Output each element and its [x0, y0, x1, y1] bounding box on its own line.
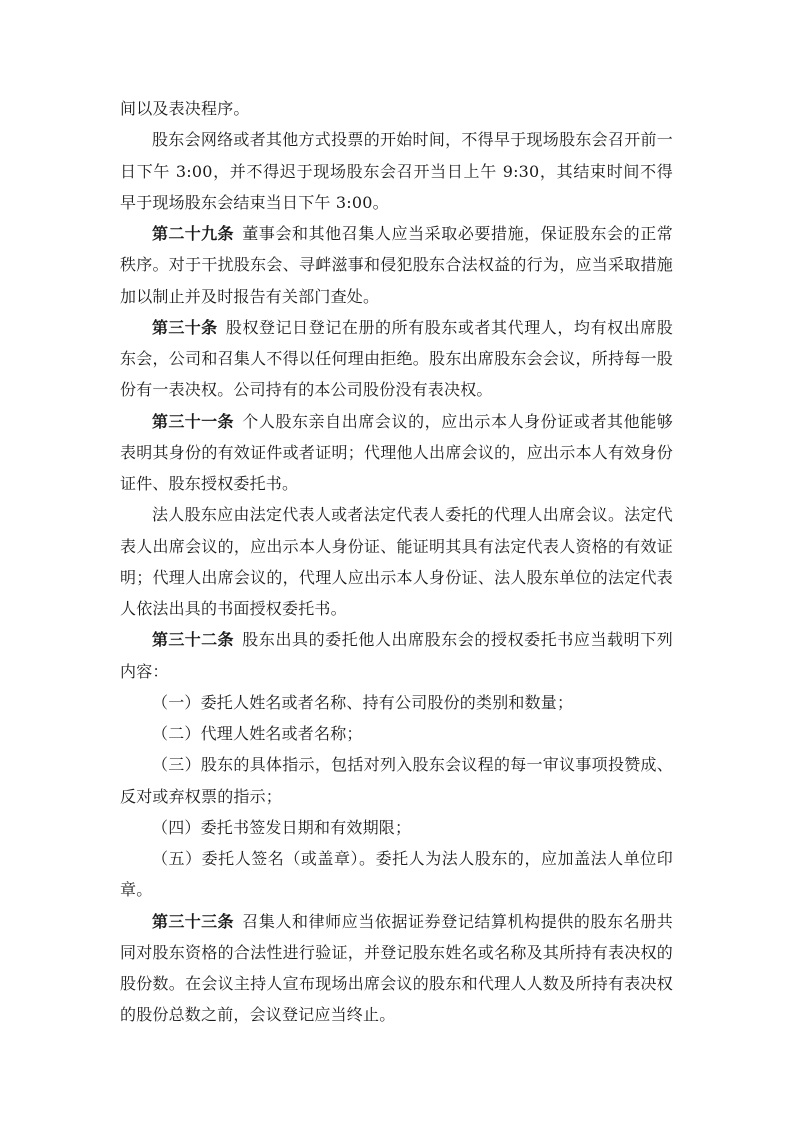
article-number: 第三十二条 — [152, 630, 234, 649]
article-number: 第三十条 — [152, 318, 218, 337]
list-item-2: （二）代理人姓名或者名称； — [120, 718, 673, 749]
article-29: 第二十九条董事会和其他召集人应当采取必要措施，保证股东会的正常秩序。对于干扰股东… — [120, 218, 673, 312]
paragraph-legal-person-shareholder: 法人股东应由法定代表人或者法定代表人委托的代理人出席会议。法定代表人出席会议的，… — [120, 499, 673, 624]
article-33: 第三十三条召集人和律师应当依据证券登记结算机构提供的股东名册共同对股东资格的合法… — [120, 906, 673, 1031]
list-item-4: （四）委托书签发日期和有效期限； — [120, 812, 673, 843]
article-30: 第三十条股权登记日登记在册的所有股东或者其代理人，均有权出席股东会，公司和召集人… — [120, 312, 673, 406]
list-item-text: （二）代理人姓名或者名称； — [152, 724, 363, 743]
list-item-text: （三）股东的具体指示，包括对列入股东会议程的每一审议事项投赞成、反对或弃权票的指… — [120, 755, 673, 805]
paragraph-text: 股东会网络或者其他方式投票的开始时间，不得早于现场股东会召开前一日下午 3:00… — [120, 130, 673, 212]
article-number: 第三十一条 — [152, 412, 234, 431]
list-item-text: （一）委托人姓名或者名称、持有公司股份的类别和数量； — [152, 693, 573, 712]
list-item-5: （五）委托人签名（或盖章）。委托人为法人股东的，应加盖法人单位印章。 — [120, 843, 673, 906]
paragraph-text: 法人股东应由法定代表人或者法定代表人委托的代理人出席会议。法定代表人出席会议的，… — [120, 505, 673, 618]
article-number: 第三十三条 — [152, 912, 234, 931]
article-number: 第二十九条 — [152, 224, 234, 243]
article-31: 第三十一条个人股东亲自出席会议的，应出示本人身份证或者其他能够表明其身份的有效证… — [120, 406, 673, 500]
article-32: 第三十二条股东出具的委托他人出席股东会的授权委托书应当载明下列内容： — [120, 624, 673, 687]
list-item-text: （四）委托书签发日期和有效期限； — [152, 818, 411, 837]
list-item-3: （三）股东的具体指示，包括对列入股东会议程的每一审议事项投赞成、反对或弃权票的指… — [120, 749, 673, 812]
paragraph-online-voting-time: 股东会网络或者其他方式投票的开始时间，不得早于现场股东会召开前一日下午 3:00… — [120, 124, 673, 218]
paragraph-text: 间以及表决程序。 — [120, 99, 250, 118]
list-item-text: （五）委托人签名（或盖章）。委托人为法人股东的，应加盖法人单位印章。 — [120, 849, 673, 899]
paragraph-continuation: 间以及表决程序。 — [120, 93, 673, 124]
list-item-1: （一）委托人姓名或者名称、持有公司股份的类别和数量； — [120, 687, 673, 718]
document-page: 间以及表决程序。 股东会网络或者其他方式投票的开始时间，不得早于现场股东会召开前… — [120, 93, 673, 1031]
